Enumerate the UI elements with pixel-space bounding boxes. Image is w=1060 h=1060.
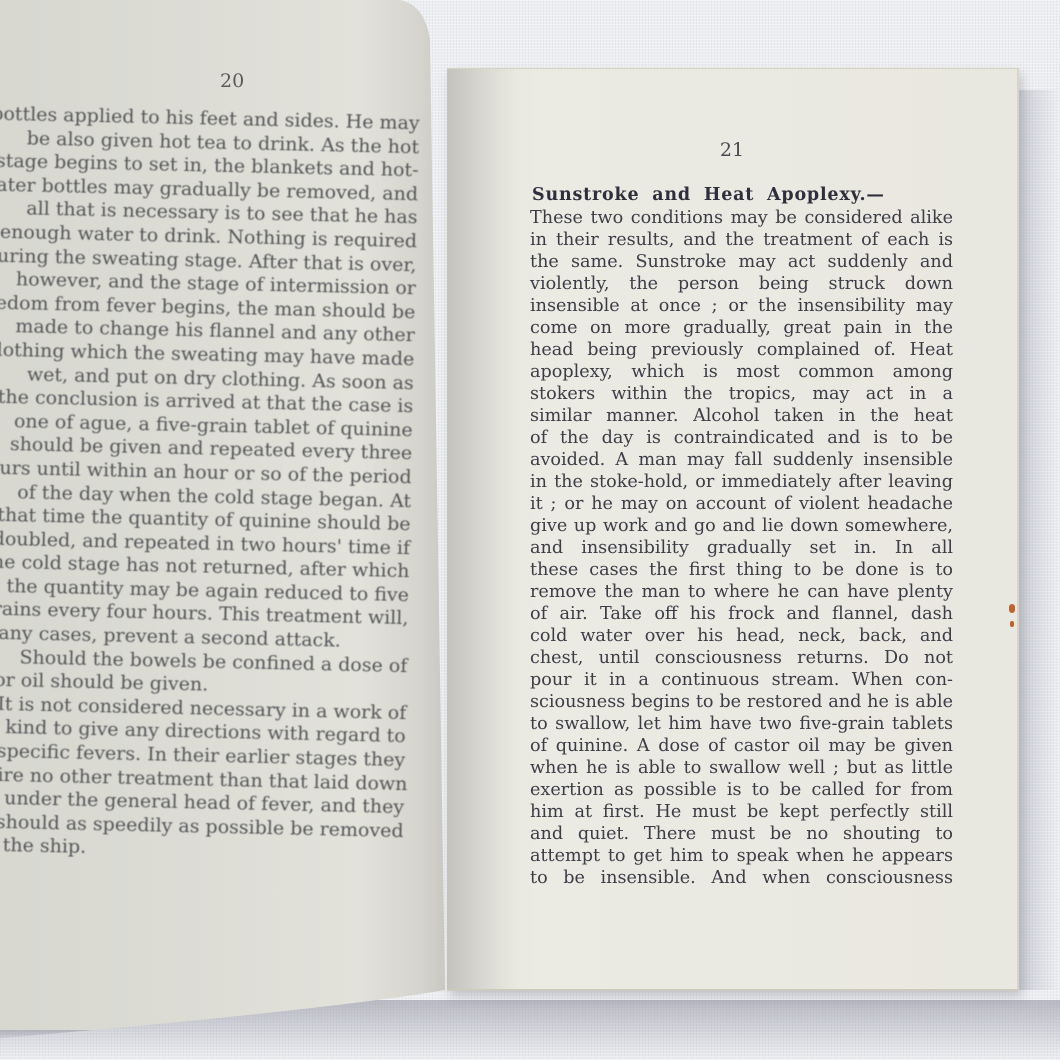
text-line: insensible at once ; or the insensibilit…	[530, 295, 953, 317]
left-page: 20 bottles applied to his feet and sides…	[0, 0, 445, 1030]
text-line: give up work and go and lie down somewhe…	[530, 515, 953, 537]
text-line: These two conditions may be considered a…	[530, 207, 953, 229]
text-line: apoplexy, which is most common among	[530, 361, 953, 383]
text-line: the same. Sunstroke may act suddenly and	[530, 251, 953, 273]
foxing-stain	[1010, 621, 1014, 627]
text-line: to swallow, let him have two five-grain …	[530, 713, 953, 735]
text-line: him at first. He must be kept perfectly …	[530, 801, 953, 823]
text-line: in their results, and the treatment of e…	[530, 229, 953, 251]
text-line: violently, the person being struck down	[530, 273, 953, 295]
text-line: come on more gradually, great pain in th…	[530, 317, 953, 339]
text-line: exertion as possible is to be called for…	[530, 779, 953, 801]
text-line: chest, until consciousness returns. Do n…	[530, 647, 953, 669]
text-line: of air. Take off his frock and flannel, …	[530, 603, 953, 625]
right-page: 21 Sunstroke and Heat Apoplexy.— These t…	[447, 68, 1019, 991]
text-line: in the stoke-hold, or immediately after …	[530, 471, 953, 493]
text-line: when he is able to swallow well ; but as…	[530, 757, 953, 779]
text-line: stokers within the tropics, may act in a	[530, 383, 953, 405]
text-line: and quiet. There must be no shouting to	[530, 823, 953, 845]
text-line: to be insensible. And when consciousness	[530, 867, 953, 889]
text-line: these cases the first thing to be done i…	[530, 559, 953, 581]
page-number: 20	[220, 70, 244, 92]
text-line: remove the man to where he can have plen…	[530, 581, 953, 603]
left-page-body: bottles applied to his feet and sides. H…	[0, 102, 420, 867]
text-line: cold water over his head, neck, back, an…	[530, 625, 953, 647]
text-line: similar manner. Alcohol taken in the hea…	[530, 405, 953, 427]
text-line: of the day is contraindicated and is to …	[530, 427, 953, 449]
text-line: sciousness begins to be restored and he …	[530, 691, 953, 713]
text-line: of quinine. A dose of castor oil may be …	[530, 735, 953, 757]
text-line: attempt to get him to speak when he appe…	[530, 845, 953, 867]
page-number: 21	[447, 139, 1017, 161]
text-line: and insensibility gradually set in. In a…	[530, 537, 953, 559]
text-line: head being previously complained of. Hea…	[530, 339, 953, 361]
right-page-body: Sunstroke and Heat Apoplexy.— These two …	[530, 184, 953, 889]
text-line: pour it in a continuous stream. When con…	[530, 669, 953, 691]
text-line: it ; or he may on account of violent hea…	[530, 493, 953, 515]
foxing-stain	[1009, 604, 1015, 613]
gutter-shadow	[447, 69, 517, 989]
section-heading: Sunstroke and Heat Apoplexy.—	[530, 184, 953, 206]
text-line: avoided. A man may fall suddenly insensi…	[530, 449, 953, 471]
